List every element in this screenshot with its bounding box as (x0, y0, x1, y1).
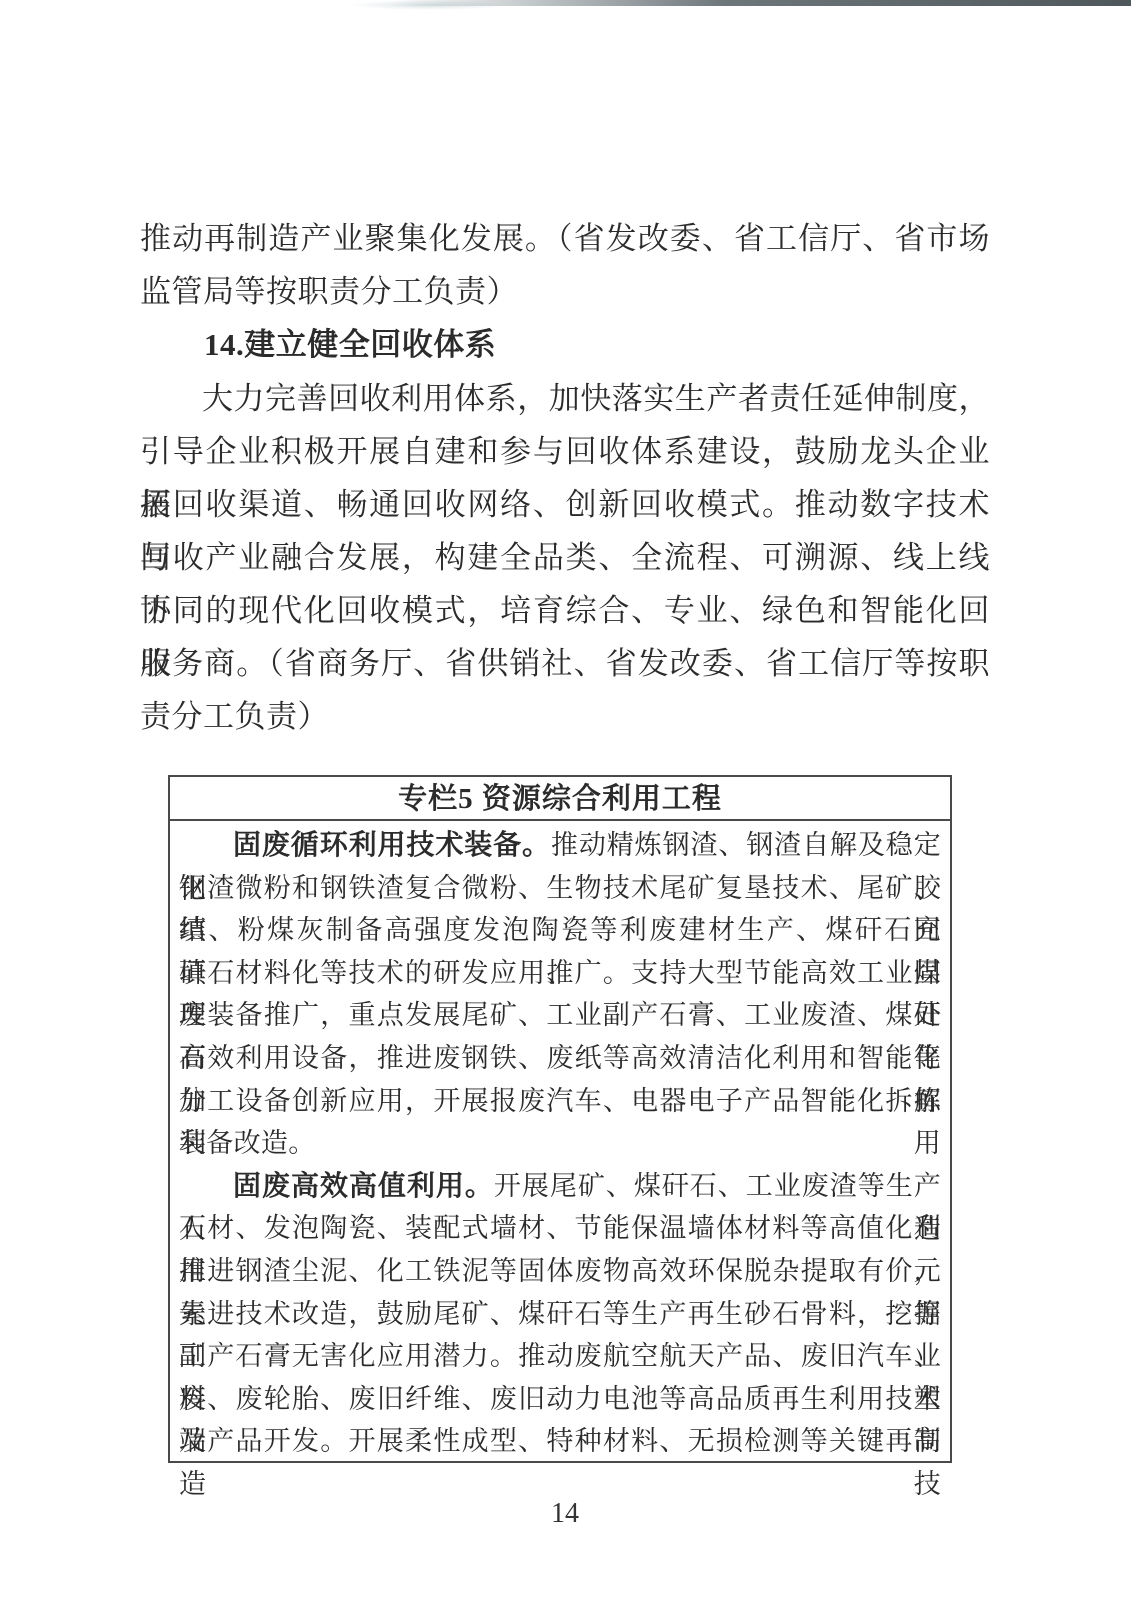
text-line: 矸石材料化等技术的研发应用推广。支持大型节能高效工业固废处 (179, 952, 941, 995)
text-line: 监管局等按职责分工负责） (140, 265, 990, 318)
section-heading-block: 14.建立健全回收体系 (140, 318, 990, 371)
text-line: 大力完善回收利用体系，加快落实生产者责任延伸制度， (140, 372, 990, 425)
text-line: 先进技术改造，鼓励尾矿、煤矸石等生产再生砂石骨料，挖掘工业 (179, 1293, 941, 1336)
text-line: 料、废轮胎、废旧纤维、废旧动力电池等高品质再生利用技术及高 (179, 1378, 941, 1421)
text-line: 协同的现代化回收模式，培育综合、专业、绿色和智能化回收 (140, 584, 990, 637)
text-line: 固废高效高值利用。开展尾矿、煤矸石、工业废渣等生产人造 (179, 1165, 941, 1208)
text-line: 理装备推广，重点发展尾矿、工业副产石膏、工业废渣、煤矸石等 (179, 994, 941, 1037)
text-line: 副产石膏无害化应用潜力。推动废航空航天产品、废旧汽车、废塑 (179, 1335, 941, 1378)
text-line: 服务商。（省商务厅、省供销社、省发改委、省工信厅等按职 (140, 637, 990, 690)
text-line: 高效利用设备，推进废钢铁、废纸等高效清洁化利用和智能化分拣 (179, 1037, 941, 1080)
scan-smudge-artifact (350, 0, 510, 10)
paragraph-lead: 固废循环利用技术装备。 (233, 830, 551, 861)
text-line: 责分工负责） (140, 690, 990, 743)
text-line: 引导企业积极开展自建和参与回收体系建设，鼓励龙头企业拓 (140, 425, 990, 478)
intro-paragraph: 推动再制造产业聚集化发展。（省发改委、省工信厅、省市场 监管局等按职责分工负责） (140, 212, 990, 318)
column-box-body: 固废循环利用技术装备。推动精炼钢渣、钢渣自解及稳定化、 钢渣微粉和钢铁渣复合微粉… (170, 821, 950, 1463)
text-line: 展回收渠道、畅通回收网络、创新回收模式。推动数字技术与 (140, 478, 990, 531)
text-line: 石材、发泡陶瓷、装配式墙材、节能保温墙体材料等高值化利用， (179, 1207, 941, 1250)
text-line: 推动再制造产业聚集化发展。（省发改委、省工信厅、省市场 (140, 212, 990, 265)
special-column-box: 专栏5 资源综合利用工程 固废循环利用技术装备。推动精炼钢渣、钢渣自解及稳定化、… (168, 775, 952, 1463)
text-line: 端产品开发。开展柔性成型、特种材料、无损检测等关键再制造技 (179, 1420, 941, 1463)
body-paragraph: 大力完善回收利用体系，加快落实生产者责任延伸制度， 引导企业积极开展自建和参与回… (140, 372, 990, 743)
text-line: 推进钢渣尘泥、化工铁泥等固体废物高效环保脱杂提取有价元素等 (179, 1250, 941, 1293)
text-line: 填、粉煤灰制备高强度发泡陶瓷等利废建材生产、煤矸石回填、煤 (179, 909, 941, 952)
paragraph-lead: 固废高效高值利用。 (233, 1171, 494, 1202)
section-heading: 14.建立健全回收体系 (140, 318, 990, 371)
text-line: 固废循环利用技术装备。推动精炼钢渣、钢渣自解及稳定化、 (179, 824, 941, 867)
text-line: 钢渣微粉和钢铁渣复合微粉、生物技术尾矿复垦技术、尾矿胶结充 (179, 867, 941, 910)
text-line: 加工设备创新应用，开展报废汽车、电器电子产品智能化拆解利用 (179, 1080, 941, 1123)
column-box-title: 专栏5 资源综合利用工程 (170, 777, 950, 821)
page-number: 14 (140, 1498, 990, 1530)
document-page: 推动再制造产业聚集化发展。（省发改委、省工信厅、省市场 监管局等按职责分工负责）… (0, 0, 1131, 1600)
text-line: 回收产业融合发展，构建全品类、全流程、可溯源、线上线下 (140, 531, 990, 584)
